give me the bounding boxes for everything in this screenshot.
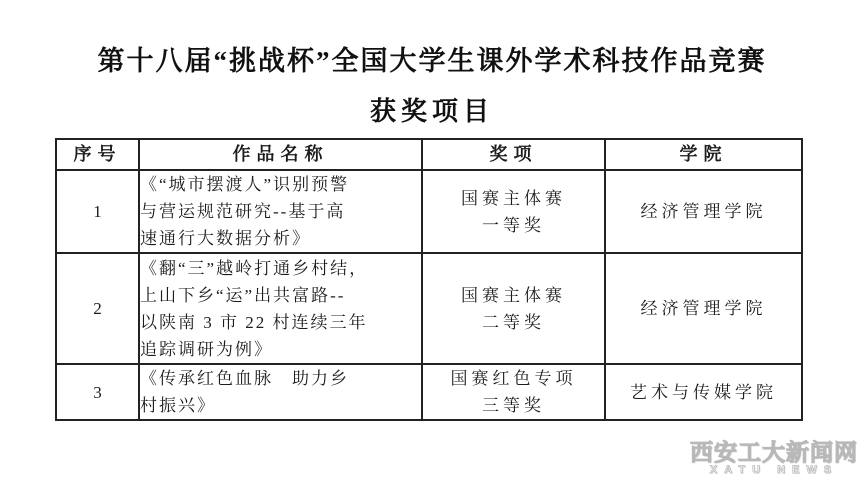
cell-serial-number: 2 [56,253,139,364]
cell-work-title: 《“城市摆渡人”识别预警 与营运规范研究--基于高 速通行大数据分析》 [139,170,422,253]
document-page: 第十八届“挑战杯”全国大学生课外学术科技作品竞赛 获奖项目 序号 作品名称 奖项… [0,0,864,421]
cell-award: 国赛主体赛 一等奖 [422,170,605,253]
cell-college: 艺术与传媒学院 [605,364,802,420]
cell-work-title: 《传承红色血脉 助力乡 村振兴》 [139,364,422,420]
cell-college: 经济管理学院 [605,170,802,253]
cell-serial-number: 3 [56,364,139,420]
awards-table: 序号 作品名称 奖项 学院 1 《“城市摆渡人”识别预警 与营运规范研究--基于… [55,138,803,421]
cell-work-title: 《翻“三”越岭打通乡村结， 上山下乡“运”出共富路-- 以陕南 3 市 22 村… [139,253,422,364]
cell-serial-number: 1 [56,170,139,253]
column-header-award: 奖项 [422,139,605,170]
table-row: 2 《翻“三”越岭打通乡村结， 上山下乡“运”出共富路-- 以陕南 3 市 22… [56,253,802,364]
document-title: 第十八届“挑战杯”全国大学生课外学术科技作品竞赛 [0,0,864,78]
column-header-no: 序号 [56,139,139,170]
table-row: 3 《传承红色血脉 助力乡 村振兴》 国赛红色专项 三等奖 艺术与传媒学院 [56,364,802,420]
table-row: 1 《“城市摆渡人”识别预警 与营运规范研究--基于高 速通行大数据分析》 国赛… [56,170,802,253]
column-header-work-title: 作品名称 [139,139,422,170]
cell-award: 国赛红色专项 三等奖 [422,364,605,420]
watermark: 西安工大新闻网 XATU NEWS [690,440,858,476]
column-header-college: 学院 [605,139,802,170]
cell-college: 经济管理学院 [605,253,802,364]
watermark-site-name-en: XATU NEWS [690,464,858,476]
watermark-site-name: 西安工大新闻网 [690,440,858,465]
cell-award: 国赛主体赛 二等奖 [422,253,605,364]
document-subtitle: 获奖项目 [0,98,864,125]
table-header-row: 序号 作品名称 奖项 学院 [56,139,802,170]
